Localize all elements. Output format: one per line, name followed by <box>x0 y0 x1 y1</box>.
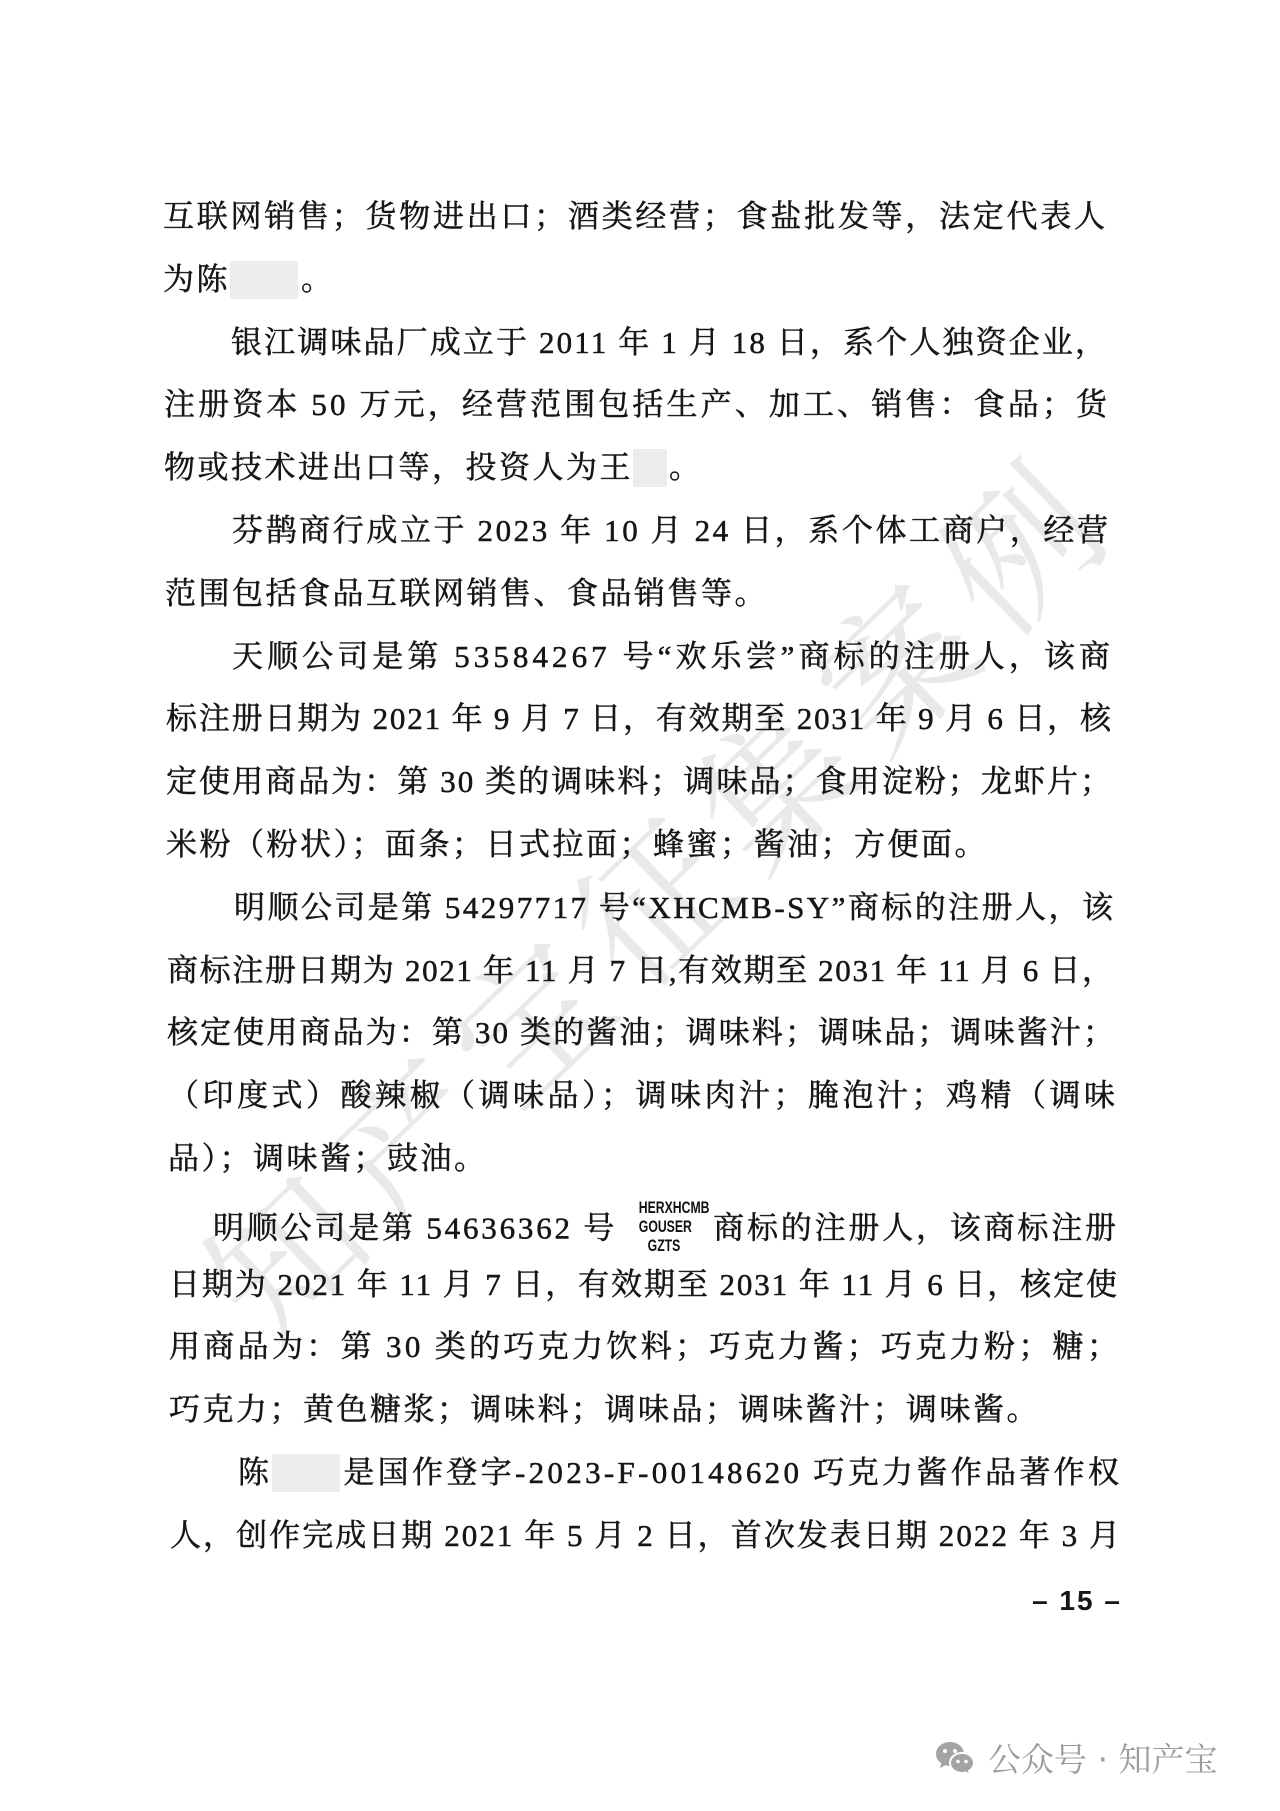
line-text: 。 <box>669 450 703 485</box>
line-text: 注册资本 50 万元，经营范围包括生产、加工、销售：食品；货 <box>164 387 1110 422</box>
text-line: 明顺公司是第 54297717 号“XHCMB-SY”商标的注册人，该 <box>234 889 1113 927</box>
line-text: 巧克力；黄色糖浆；调味料；调味品；调味酱汁；调味酱。 <box>169 1392 1040 1427</box>
line-text: 标注册日期为 2021 年 9 月 7 日，有效期至 2031 年 9 月 6 … <box>166 701 1113 736</box>
text-line: 米粉（粉状）；面条；日式拉面；蜂蜜；酱油；方便面。 <box>166 826 988 864</box>
line-text: 物或技术进出口等，投资人为王 <box>164 450 633 485</box>
wechat-icon <box>935 1740 975 1778</box>
line-text: 明顺公司是第 54297717 号“XHCMB-SY”商标的注册人，该 <box>234 890 1115 925</box>
text-line: 物或技术进出口等，投资人为王。 <box>164 449 703 487</box>
text-line: 互联网销售；货物进出口；酒类经营；食盐批发等，法定代表人 <box>163 198 1105 236</box>
line-text: 米粉（粉状）；面条；日式拉面；蜂蜜；酱油；方便面。 <box>166 827 988 862</box>
line-text: 芬鹊商行成立于 2023 年 10 月 24 日，系个体工商户，经营 <box>232 513 1111 548</box>
line-text: 范围包括食品互联网销售、食品销售等。 <box>165 576 768 611</box>
text-line: 商标注册日期为 2021 年 11 月 7 日,有效期至 2031 年 11 月… <box>167 952 1113 990</box>
trademark-logo-line: HERXHCMB <box>639 1198 689 1217</box>
line-text: 。 <box>301 262 335 297</box>
line-text: 人，创作完成日期 2021 年 5 月 2 日，首次发表日期 2022 年 3 … <box>170 1518 1122 1553</box>
text-line: 银江调味品厂成立于 2011 年 1 月 18 日，系个人独资企业， <box>231 324 1106 362</box>
text-line: 注册资本 50 万元，经营范围包括生产、加工、销售：食品；货 <box>164 386 1107 424</box>
text-line: 定使用商品为：第 30 类的调味料；调味品；食用淀粉；龙虾片； <box>166 763 1111 801</box>
line-text: 互联网销售；货物进出口；酒类经营；食盐批发等，法定代表人 <box>163 199 1108 234</box>
line-text: 天顺公司是第 53584267 号“欢乐尝”商标的注册人，该商 <box>232 639 1114 674</box>
line-text: 商标注册日期为 2021 年 11 月 7 日,有效期至 2031 年 11 月… <box>167 953 1115 988</box>
trademark-logo-line: GZTS <box>639 1236 689 1255</box>
text-line: 核定使用商品为：第 30 类的酱油；调味料；调味品；调味酱汁； <box>167 1014 1114 1052</box>
text-line: 品）；调味酱；豉油。 <box>168 1140 488 1178</box>
document-page: 知产宝征集案例 互联网销售；货物进出口；酒类经营；食盐批发等，法定代表人 为陈。… <box>0 0 1280 1811</box>
line-text: 是国作登字-2023-F-00148620 巧克力酱作品著作权 <box>343 1455 1122 1490</box>
line-text: 陈 <box>238 1455 272 1490</box>
text-line: 巧克力；黄色糖浆；调味料；调味品；调味酱汁；调味酱。 <box>169 1391 1040 1429</box>
text-line: 明顺公司是第 54636362 号HERXHCMBGOUSERGZTS商标的注册… <box>213 1203 1116 1241</box>
line-text: 明顺公司是第 54636362 号 <box>213 1211 617 1246</box>
line-text: 核定使用商品为：第 30 类的酱油；调味料；调味品；调味酱汁； <box>167 1015 1116 1050</box>
line-text: 为陈 <box>163 262 230 297</box>
text-line: 为陈。 <box>163 261 335 299</box>
trademark-logo: HERXHCMBGOUSERGZTS <box>629 1198 699 1255</box>
text-line: （印度式）酸辣椒（调味品）；调味肉汁；腌泡汁；鸡精（调味 <box>168 1077 1115 1115</box>
footer-watermark-text: 公众号 · 知产宝 <box>988 1740 1217 1780</box>
text-line: 范围包括食品互联网销售、食品销售等。 <box>165 575 768 613</box>
redaction-box <box>633 449 667 487</box>
line-text: 品）；调味酱；豉油。 <box>168 1141 488 1176</box>
text-line: 陈是国作登字-2023-F-00148620 巧克力酱作品著作权 <box>238 1454 1119 1492</box>
line-text: 商标的注册人，该商标注册 <box>713 1211 1119 1246</box>
text-line: 用商品为：第 30 类的巧克力饮料；巧克力酱；巧克力粉；糖； <box>169 1328 1118 1366</box>
line-text: （印度式）酸辣椒（调味品）；调味肉汁；腌泡汁；鸡精（调味 <box>168 1078 1119 1113</box>
text-line: 标注册日期为 2021 年 9 月 7 日，有效期至 2031 年 9 月 6 … <box>166 700 1111 738</box>
redaction-box <box>230 261 298 299</box>
text-line: 人，创作完成日期 2021 年 5 月 2 日，首次发表日期 2022 年 3 … <box>170 1517 1120 1555</box>
text-line: 日期为 2021 年 11 月 7 日，有效期至 2031 年 11 月 6 日… <box>169 1266 1117 1304</box>
line-text: 日期为 2021 年 11 月 7 日，有效期至 2031 年 11 月 6 日… <box>169 1267 1119 1302</box>
trademark-logo-line: GOUSER <box>639 1217 689 1236</box>
text-line: 天顺公司是第 53584267 号“欢乐尝”商标的注册人，该商 <box>232 638 1110 676</box>
text-line: 芬鹊商行成立于 2023 年 10 月 24 日，系个体工商户，经营 <box>232 512 1108 550</box>
page-number: – 15 – <box>1030 1584 1124 1618</box>
line-text: 银江调味品厂成立于 2011 年 1 月 18 日，系个人独资企业， <box>231 325 1108 360</box>
redaction-box <box>272 1454 340 1492</box>
line-text: 用商品为：第 30 类的巧克力饮料；巧克力酱；巧克力粉；糖； <box>169 1329 1121 1364</box>
line-text: 定使用商品为：第 30 类的调味料；调味品；食用淀粉；龙虾片； <box>166 764 1113 799</box>
